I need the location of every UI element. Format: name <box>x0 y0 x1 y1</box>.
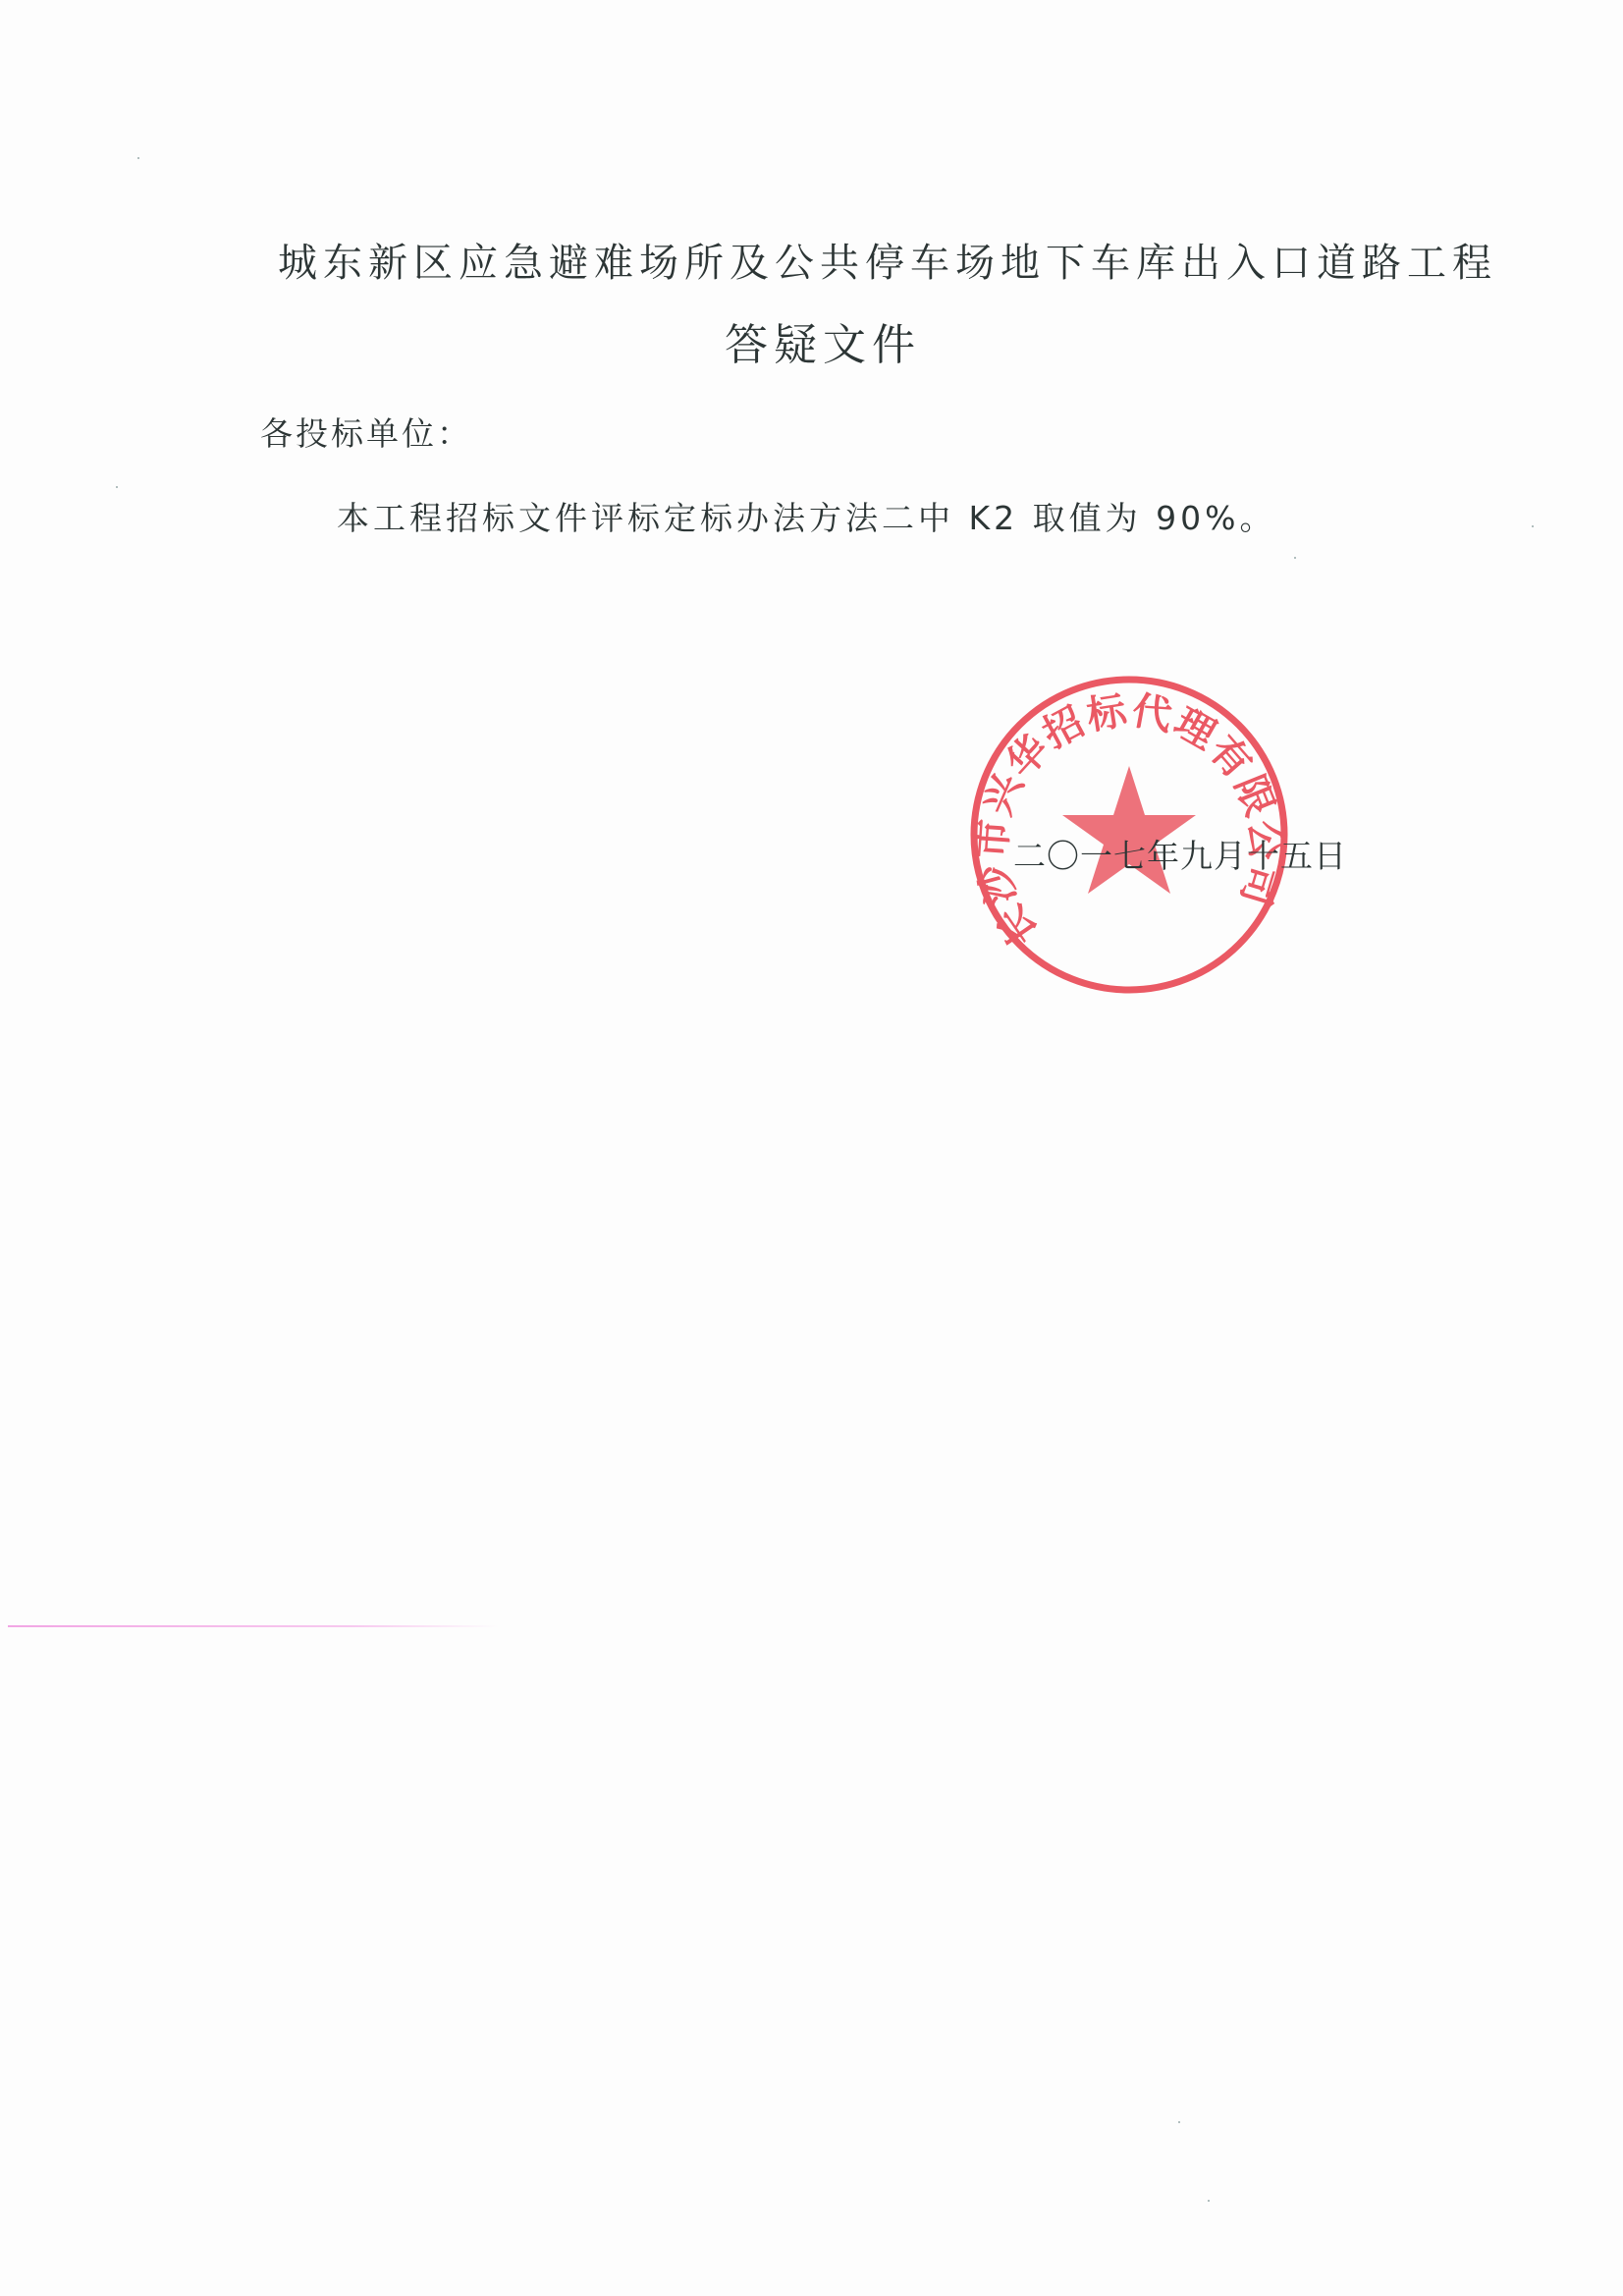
body-paragraph: 本工程招标文件评标定标办法方法二中 K2 取值为 90%。 <box>337 497 1275 540</box>
scan-speck <box>116 486 118 488</box>
document-title: 城东新区应急避难场所及公共停车场地下车库出入口道路工程 <box>278 240 1378 287</box>
document-date: 二〇一七年九月十五日 <box>1013 835 1347 878</box>
scan-speck <box>1532 525 1534 527</box>
scan-speck <box>137 157 139 159</box>
document-page: 城东新区应急避难场所及公共停车场地下车库出入口道路工程 答疑文件 各投标单位： … <box>0 0 1623 2296</box>
greeting-line: 各投标单位： <box>260 412 472 456</box>
scan-speck <box>1294 557 1296 559</box>
scan-artifact-line <box>8 1625 499 1627</box>
document-subtitle: 答疑文件 <box>725 320 921 371</box>
scan-speck <box>1208 2200 1210 2202</box>
scan-speck <box>1178 2121 1180 2123</box>
